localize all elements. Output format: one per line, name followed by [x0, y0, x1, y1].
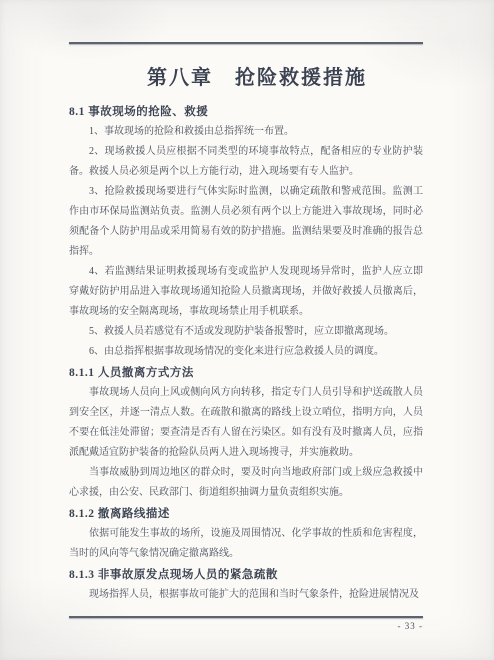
paragraph-evacuation: 事故现场人员向上风或侧向风方向转移，指定专门人员引导和护送疏散人员到安全区，并逐… — [69, 383, 423, 463]
section-heading-8-1: 8.1 事故现场的抢险、救援 — [69, 102, 423, 122]
document-page: 第八章 抢险救援措施 8.1 事故现场的抢险、救援 1、事故现场的抢险和救援由总… — [0, 0, 494, 660]
paragraph-commander: 现场指挥人员，根据事故可能扩大的范围和当时气象条件，抢险进展情况及 — [69, 585, 423, 605]
paragraph-1: 1、事故现场的抢险和救援由总指挥统一布置。 — [69, 122, 423, 142]
paragraph-4: 4、若监测结果证明救援现场有变或监护人发现现场异常时，监护人应立即穿戴好防护用品… — [69, 262, 423, 322]
paragraph-3: 3、抢险救援现场要进行气体实际时监测，以确定疏散和警戒范围。监测工作由市环保局监… — [69, 182, 423, 262]
paragraph-6: 6、由总指挥根据事故现场情况的变化来进行应急救援人员的调度。 — [69, 342, 423, 362]
section-heading-8-1-3: 8.1.3 非事故原发点现场人员的紧急疏散 — [69, 565, 423, 585]
chapter-title: 第八章 抢险救援措施 — [69, 61, 423, 90]
header-rule — [69, 42, 423, 44]
document-body: 8.1 事故现场的抢险、救援 1、事故现场的抢险和救援由总指挥统一布置。 2、现… — [69, 101, 423, 605]
section-heading-8-1-1: 8.1.1 人员撤离方式方法 — [69, 363, 423, 383]
paragraph-route: 依据可能发生事故的场所，设施及周围情况、化学事故的性质和危害程度，当时的风向等气… — [69, 524, 423, 564]
paragraph-public-threat: 当事故威胁到周边地区的群众时，要及时向当地政府部门或上级应急救援中心求援，由公安… — [69, 463, 423, 503]
paragraph-2: 2、现场救援人员应根据不同类型的环境事故特点，配备相应的专业防护装备。救援人员必… — [69, 142, 423, 182]
page-number: - 33 - — [69, 621, 423, 631]
paragraph-5: 5、救援人员若感觉有不适或发现防护装备报警时，应立即撤离现场。 — [69, 322, 423, 342]
section-heading-8-1-2: 8.1.2 撤离路线描述 — [69, 504, 423, 524]
footer-rule — [69, 616, 423, 618]
